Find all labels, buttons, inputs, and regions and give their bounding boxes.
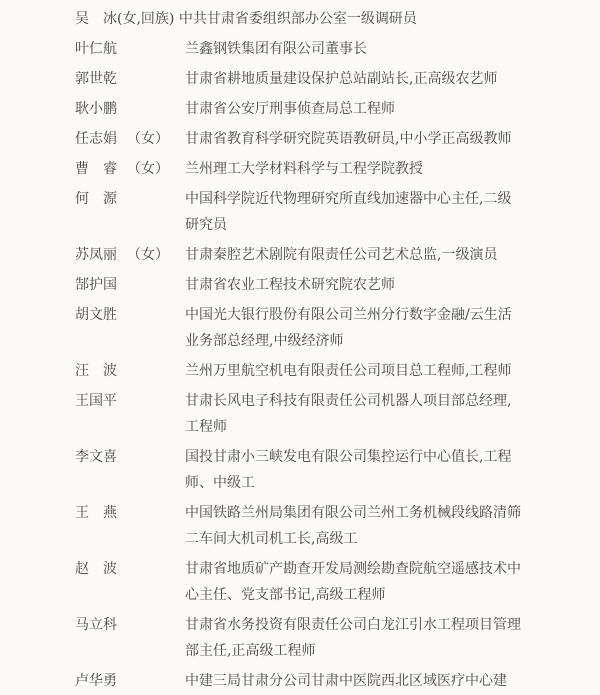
person-name: 曹 睿 — [75, 161, 117, 177]
person-row: 苏凤丽（女） 甘肃秦腔艺术剧院有限责任公司艺术总监,一级演员 — [75, 242, 580, 268]
person-description: 甘肃省地质矿产勘查开发局测绘勘查院航空遥感技术中心主任、党支部书记,高级工程师 — [185, 556, 525, 608]
person-row: 何 源 中国科学院近代物理研究所直线加速器中心主任,二级研究员 — [75, 186, 580, 238]
person-gender: （女） — [127, 161, 169, 177]
person-name: 汪 波 — [75, 363, 117, 379]
person-row: 郜护国 甘肃省农业工程技术研究院农艺师 — [75, 272, 580, 298]
person-name: 马立科 — [75, 617, 117, 633]
person-note: (女,回族) — [117, 11, 174, 27]
person-name-cell: 汪 波 — [75, 358, 185, 384]
person-gender: （女） — [127, 247, 169, 263]
person-name-cell: 卢华勇 — [75, 668, 185, 694]
person-description: 甘肃省耕地质量建设保护总站副站长,正高级农艺师 — [185, 66, 525, 92]
person-name: 耿小鹏 — [75, 101, 117, 117]
person-name-cell: 王 燕 — [75, 500, 185, 526]
person-description: 兰州理工大学材料科学与工程学院教授 — [185, 156, 525, 182]
person-name-cell: 郭世乾 — [75, 66, 185, 92]
person-name-cell: 赵 波 — [75, 556, 185, 582]
person-row: 赵 波 甘肃省地质矿产勘查开发局测绘勘查院航空遥感技术中心主任、党支部书记,高级… — [75, 556, 580, 608]
person-name: 何 源 — [75, 191, 117, 207]
person-description: 中国光大银行股份有限公司兰州分行数字金融/云生活业务部总经理,中级经济师 — [185, 302, 525, 354]
person-name-cell: 胡文胜 — [75, 302, 185, 328]
person-name-cell: 叶仁航 — [75, 36, 185, 62]
person-name-cell: 吴 冰(女,回族) — [75, 11, 174, 27]
person-name-cell: 王国平 — [75, 388, 185, 414]
person-row: 郭世乾 甘肃省耕地质量建设保护总站副站长,正高级农艺师 — [75, 66, 580, 92]
person-name-cell: 李文喜 — [75, 444, 185, 470]
person-row: 王 燕 中国铁路兰州局集团有限公司兰州工务机械段线路清筛二车间大机司机工长,高级… — [75, 500, 580, 552]
person-name: 李文喜 — [75, 449, 117, 465]
person-row: 马立科 甘肃省水务投资有限责任公司白龙江引水工程项目管理部主任,正高级工程师 — [75, 612, 580, 664]
person-description: 兰鑫钢铁集团有限公司董事长 — [185, 36, 525, 62]
person-description: 甘肃省公安厅刑事侦查局总工程师 — [185, 96, 525, 122]
person-description: 甘肃省教育科学研究院英语教研员,中小学正高级教师 — [185, 126, 525, 152]
person-row: 胡文胜 中国光大银行股份有限公司兰州分行数字金融/云生活业务部总经理,中级经济师 — [75, 302, 580, 354]
person-row: 曹 睿（女） 兰州理工大学材料科学与工程学院教授 — [75, 156, 580, 182]
person-name: 王 燕 — [75, 505, 117, 521]
person-description: 中建三局甘肃分公司甘肃中医院西北区域医疗中心建 — [185, 668, 525, 694]
person-description: 甘肃长风电子科技有限责任公司机器人项目部总经理,工程师 — [185, 388, 525, 440]
person-row: 任志娟（女） 甘肃省教育科学研究院英语教研员,中小学正高级教师 — [75, 126, 580, 152]
person-name: 王国平 — [75, 393, 117, 409]
person-description: 甘肃省水务投资有限责任公司白龙江引水工程项目管理部主任,正高级工程师 — [185, 612, 525, 664]
document-page: 吴 冰(女,回族) 中共甘肃省委组织部办公室一级调研员 叶仁航 兰鑫钢铁集团有限… — [0, 0, 600, 695]
person-name: 赵 波 — [75, 561, 117, 577]
person-description: 甘肃省农业工程技术研究院农艺师 — [185, 272, 525, 298]
person-description: 中国铁路兰州局集团有限公司兰州工务机械段线路清筛二车间大机司机工长,高级工 — [185, 500, 525, 552]
person-name: 吴 冰 — [75, 11, 117, 27]
person-name: 胡文胜 — [75, 307, 117, 323]
person-name-cell: 马立科 — [75, 612, 185, 638]
person-name: 任志娟 — [75, 131, 117, 147]
person-row: 吴 冰(女,回族) 中共甘肃省委组织部办公室一级调研员 — [75, 6, 580, 32]
person-gender: （女） — [127, 131, 169, 147]
person-description: 中国科学院近代物理研究所直线加速器中心主任,二级研究员 — [185, 186, 525, 238]
person-description: 甘肃秦腔艺术剧院有限责任公司艺术总监,一级演员 — [185, 242, 525, 268]
person-name: 郭世乾 — [75, 71, 117, 87]
person-row: 耿小鹏 甘肃省公安厅刑事侦查局总工程师 — [75, 96, 580, 122]
person-name-cell: 任志娟（女） — [75, 126, 185, 152]
person-name-cell: 郜护国 — [75, 272, 185, 298]
person-description: 国投甘肃小三峡发电有限公司集控运行中心值长,工程师、中级工 — [185, 444, 525, 496]
person-row: 卢华勇 中建三局甘肃分公司甘肃中医院西北区域医疗中心建 — [75, 668, 580, 694]
person-row: 王国平 甘肃长风电子科技有限责任公司机器人项目部总经理,工程师 — [75, 388, 580, 440]
person-name-cell: 何 源 — [75, 186, 185, 212]
person-name-cell: 苏凤丽（女） — [75, 242, 185, 268]
person-description: 兰州万里航空机电有限责任公司项目总工程师,工程师 — [185, 358, 525, 384]
person-row: 李文喜 国投甘肃小三峡发电有限公司集控运行中心值长,工程师、中级工 — [75, 444, 580, 496]
person-description: 中共甘肃省委组织部办公室一级调研员 — [179, 11, 417, 27]
person-name: 叶仁航 — [75, 41, 117, 57]
person-name: 卢华勇 — [75, 673, 117, 689]
person-row: 叶仁航 兰鑫钢铁集团有限公司董事长 — [75, 36, 580, 62]
person-name: 苏凤丽 — [75, 247, 117, 263]
person-row: 汪 波 兰州万里航空机电有限责任公司项目总工程师,工程师 — [75, 358, 580, 384]
person-name-cell: 耿小鹏 — [75, 96, 185, 122]
person-name-cell: 曹 睿（女） — [75, 156, 185, 182]
roster-list: 吴 冰(女,回族) 中共甘肃省委组织部办公室一级调研员 叶仁航 兰鑫钢铁集团有限… — [75, 6, 580, 694]
person-name: 郜护国 — [75, 277, 117, 293]
